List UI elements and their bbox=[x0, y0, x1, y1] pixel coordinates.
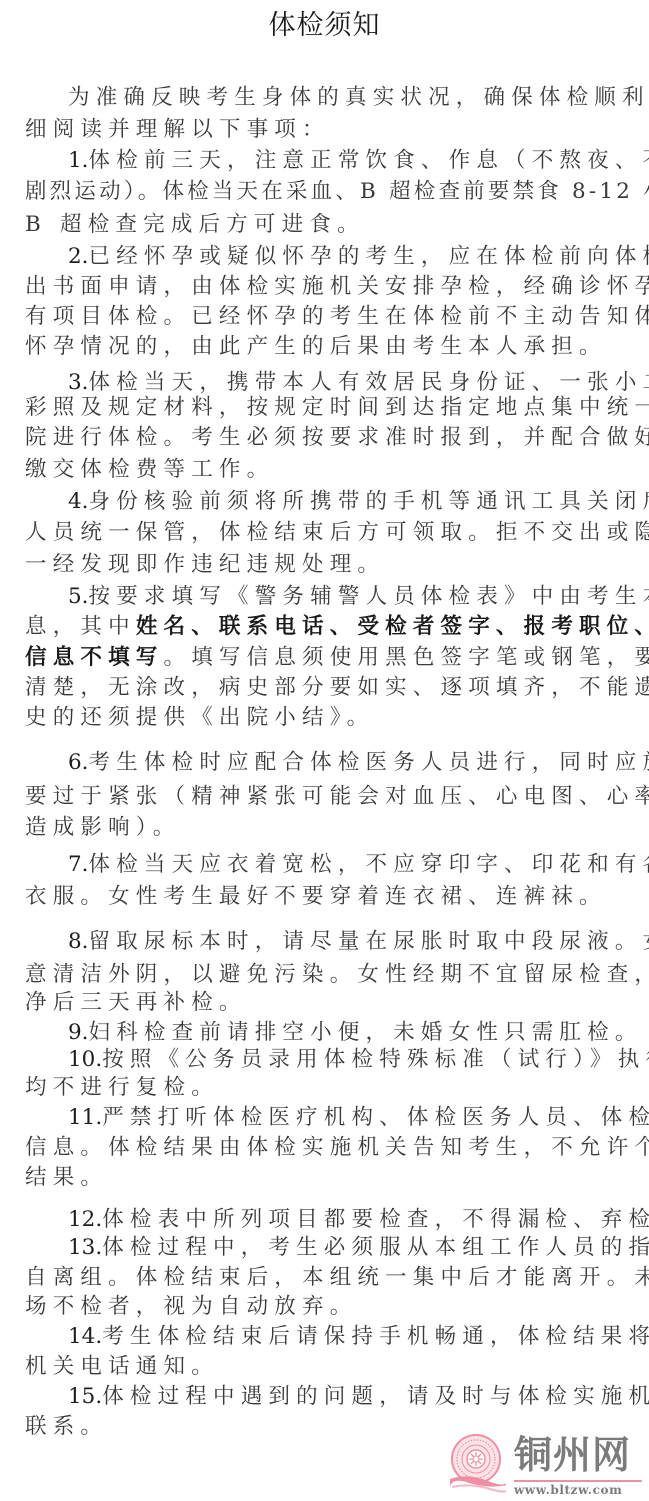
item-11-line: 11.严禁打听体检医疗机构、体检医务人员、体检编号等保密 bbox=[68, 1103, 625, 1133]
item-15-line: 15.体检过程中遇到的问题，请及时与体检实施机关工作人员 bbox=[68, 1382, 625, 1412]
item-7-line: 7.体检当天应衣着宽松，不应穿印字、印花和有各种装饰物的 bbox=[68, 850, 625, 880]
watermark-site-name: 铜州网 bbox=[514, 1433, 631, 1477]
item-8-line: 8.留取尿标本时，请尽量在尿胀时取中段尿液。女性体检前注 bbox=[68, 927, 625, 957]
item-3-line: 院进行体检。考生必须按要求准时报到，并配合做好身份核验、 bbox=[25, 423, 625, 453]
item-4-line: 人员统一保管，体检结束后方可领取。拒不交出或隐瞒不交的， bbox=[25, 518, 625, 548]
item-6-line: 造成影响）。 bbox=[25, 813, 625, 843]
item-5-line: 史的还须提供《出院小结》。 bbox=[25, 703, 625, 733]
item-2-line: 出书面申请，由体检实施机关安排孕检，经确诊怀孕后，延缓所 bbox=[25, 272, 625, 302]
bold-emphasis: 信息不填写 bbox=[25, 645, 164, 670]
item-number: 1. bbox=[68, 148, 89, 173]
item-11-line: 结果。 bbox=[25, 1163, 625, 1193]
item-1-line: 1.体检前三天，注意正常饮食、作息（不熬夜、不饮酒，避免 bbox=[68, 146, 625, 176]
item-10-line: 10.按照《公务员录用体检特殊标准（试行）》执行的体检项目 bbox=[68, 1045, 625, 1075]
item-12-line: 12.体检表中所列项目都要检查，不得漏检、弃检。 bbox=[68, 1205, 625, 1235]
site-watermark: 铜州网 www.bltzw.com bbox=[448, 1433, 648, 1499]
item-14-line: 机关电话通知。 bbox=[25, 1352, 625, 1382]
intro-line: 为准确反映考生身体的真实状况，确保体检顺利进行，请仔 bbox=[68, 83, 625, 113]
page-title: 体检须知 bbox=[0, 8, 649, 44]
item-11-line: 信息。体检结果由体检实施机关告知考生，不允许个人查询体检 bbox=[25, 1133, 625, 1163]
item-3-line: 缴交体检费等工作。 bbox=[25, 455, 625, 485]
item-8-line: 净后三天再补检。 bbox=[25, 988, 625, 1018]
item-5-line: 信息不填写。填写信息须使用黑色签字笔或钢笔，要求字迹工整 bbox=[25, 643, 625, 673]
document-page: 体检须知 为准确反映考生身体的真实状况，确保体检顺利进行，请仔 细阅读并理解以下… bbox=[0, 0, 649, 1501]
item-1-line: 剧烈运动）。体检当天在采血、B 超检查前要禁食 8-12 小时，采血、 bbox=[25, 177, 625, 207]
item-9-line: 9.妇科检查前请排空小便，未婚女性只需肛检。 bbox=[68, 1018, 625, 1048]
item-1-line: B 超检查完成后方可进食。 bbox=[25, 210, 625, 240]
item-13-line: 13.体检过程中，考生必须服从本组工作人员的指挥，不得擅 bbox=[68, 1233, 625, 1263]
item-5-line: 息，其中姓名、联系电话、受检者签字、报考职位、身份证号等 bbox=[25, 612, 625, 642]
watermark-url: www.bltzw.com bbox=[514, 1483, 622, 1497]
bold-emphasis: 姓名、联系电话、受检者签字、报考职位、身份证号等 bbox=[136, 614, 649, 639]
item-3-line: 彩照及规定材料，按规定时间到达指定地点集中统一前往体检医 bbox=[25, 393, 625, 423]
item-13-line: 自离组。体检结束后，本组统一集中后才能离开。未检完擅自退 bbox=[25, 1263, 625, 1293]
item-5-line: 清楚，无涂改，病史部分要如实、逐项填齐，不能遗漏。有手术 bbox=[25, 673, 625, 703]
seal-logo-icon bbox=[448, 1433, 506, 1495]
item-5-line: 5.按要求填写《警务辅警人员体检表》中由考生本人填写的信 bbox=[68, 582, 625, 612]
item-2-line: 2.已经怀孕或疑似怀孕的考生，应在体检前向体检实施机关提 bbox=[68, 242, 625, 272]
item-10-line: 均不进行复检。 bbox=[25, 1073, 625, 1103]
intro-line: 细阅读并理解以下事项： bbox=[25, 115, 625, 145]
item-14-line: 14.考生体检结束后请保持手机畅通，体检结果将由体检实施 bbox=[68, 1322, 625, 1352]
item-6-line: 要过于紧张（精神紧张可能会对血压、心电图、心率等检查项目 bbox=[25, 782, 625, 812]
watermark-divider bbox=[514, 1480, 642, 1482]
item-2-line: 怀孕情况的，由此产生的后果由考生本人承担。 bbox=[25, 332, 625, 362]
item-4-line: 4.身份核验前须将所携带的手机等通讯工具关闭后交给工作 bbox=[68, 487, 625, 517]
item-2-line: 有项目体检。已经怀孕的考生在体检前不主动告知体检实施机关 bbox=[25, 302, 625, 332]
item-6-line: 6.考生体检时应配合体检医务人员进行，同时应放松心情，不 bbox=[68, 748, 625, 778]
item-13-line: 场不检者，视为自动放弃。 bbox=[25, 1292, 625, 1322]
item-4-line: 一经发现即作违纪违规处理。 bbox=[25, 550, 625, 580]
item-8-line: 意清洁外阴，以避免污染。女性经期不宜留尿检查，请在月经干 bbox=[25, 960, 625, 990]
item-7-line: 衣服。女性考生最好不要穿着连衣裙、连裤袜。 bbox=[25, 882, 625, 912]
